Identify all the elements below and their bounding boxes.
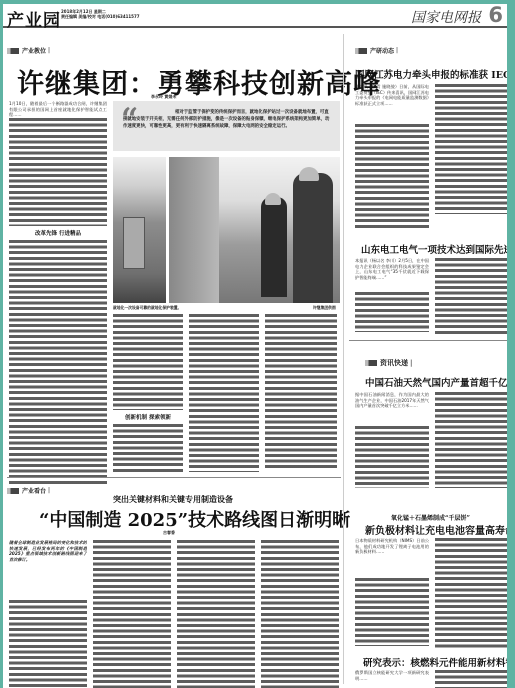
article1-col2 xyxy=(435,84,507,214)
bottom-column-2 xyxy=(93,540,171,688)
photo-caption: 就地化一次设备可靠的就地化保护装置。 xyxy=(113,305,181,311)
section-label-industry: 产业教位| xyxy=(7,46,50,55)
section-block-icon xyxy=(365,360,377,366)
bottom-headline: “中国制造 2025”技术路线图日渐明晰 xyxy=(39,506,350,532)
article-lead: 1月10日，随着最后一个断路器成功合闸，许继集团有限公司承担的国网上首座就地化保… xyxy=(9,101,107,118)
section-label-news: 资讯快递| xyxy=(365,358,412,368)
article-column-2: 创新机制 探索领新 xyxy=(113,314,183,474)
article-column-3 xyxy=(189,314,259,472)
newspaper-brand: 国家电网报 xyxy=(411,7,481,27)
article1-headline: 国网江苏电力牵头申报的标准获 IEC 立项 xyxy=(355,67,507,81)
article4-lead: 日本物质材料研究机构（NIMS）日前公布，他们成功地开发了锂离子电池用的新负极材… xyxy=(355,538,429,578)
kicker: 突出关键材料和关键专用制造设备 xyxy=(113,494,233,505)
section-label-showcase: 产业看台| xyxy=(7,486,50,495)
newspaper-page: 产业园 2018年2月12日 星期二 责任编辑 美编/校对 电话(010)634… xyxy=(3,4,507,688)
photo-engineers-inspecting xyxy=(169,157,340,303)
article3-col1: 据中国石油新闻消息，作为国内最大的油气生产企业，中国石油2017年天然气国内产量… xyxy=(355,392,429,490)
page-number: 6 xyxy=(488,4,503,27)
photo-credit: 许继集团供图 xyxy=(313,305,336,311)
article5-lead: 俄罗斯国立核能研究大学一项新研究表明…… xyxy=(355,670,429,688)
article4-col2 xyxy=(435,538,507,648)
article5-headline: 研究表示：核燃料元件能用新材料替代 xyxy=(363,655,507,669)
photo-protection-device xyxy=(113,157,166,303)
article-column-4 xyxy=(265,314,337,470)
bottom-column-3 xyxy=(177,540,255,688)
subhead-1: 改革先锋 行进精品 xyxy=(9,229,107,237)
section-block-icon xyxy=(355,48,367,54)
article-column-1: 1月10日，随着最后一个断路器成功合闸，许继集团有限公司承担的国网上首座就地化保… xyxy=(9,101,107,484)
pull-quote: “ 相对于监管于保护变的传统保护而言，就地化保护站过一次设备就地布置，可直接就地… xyxy=(113,101,340,151)
subhead-2: 创新机制 探索领新 xyxy=(113,413,183,421)
byline: 李永玲 黄娟未 xyxy=(151,94,176,100)
article5-col1: 俄罗斯国立核能研究大学一项新研究表明…… xyxy=(355,670,429,688)
article3-col2 xyxy=(435,392,507,488)
editor-line: 责任编辑 美编/校对 电话(010)63411577 xyxy=(61,14,140,19)
article4-col1: 日本物质材料研究机构（NIMS）日前公布，他们成功地开发了锂离子电池用的新负极材… xyxy=(355,538,429,648)
bottom-lead: 随着全球制造业发展格局的变化和技术的快速发展，已经发布两年的《中国制造2025》… xyxy=(9,540,87,596)
section-block-icon xyxy=(7,48,19,54)
bottom-byline: 古春香 xyxy=(163,530,175,536)
bottom-column-4 xyxy=(261,540,339,688)
article2-headline: 山东电工电气一项技术达到国际先进水平 xyxy=(361,242,507,256)
article5-col2 xyxy=(435,670,507,688)
article1-col1: 本报讯（曾青 施晓骏）日前，从国际电工委员会（IEC）传来喜讯，国网江苏电力牵头… xyxy=(355,84,429,234)
section-label-research: 产研动态| xyxy=(355,46,398,55)
article2-col2 xyxy=(435,258,507,334)
masthead: 产业园 2018年2月12日 星期二 责任编辑 美编/校对 电话(010)634… xyxy=(3,4,507,28)
article2-col1: 本报讯（杨以名 李川）2月5日，在中国电力企业联合会组织的科技成果鉴定会上，山东… xyxy=(355,258,429,334)
article2-lead: 本报讯（杨以名 李川）2月5日，在中国电力企业联合会组织的科技成果鉴定会上，山东… xyxy=(355,258,429,292)
section-title: 产业园 xyxy=(7,6,61,31)
article1-lead: 本报讯（曾青 施晓骏）日前，从国际电工委员会（IEC）传来喜讯，国网江苏电力牵头… xyxy=(355,84,429,124)
quote-text: 相对于监管于保护变的传统保护而言，就地化保护站过一次设备就地布置，可直接就地安装… xyxy=(123,109,333,131)
masthead-meta: 2018年2月12日 星期二 责任编辑 美编/校对 电话(010)6341157… xyxy=(61,9,140,19)
article3-lead: 据中国石油新闻消息，作为国内最大的油气生产企业，中国石油2017年天然气国内产量… xyxy=(355,392,429,426)
article3-headline: 中国石油天然气国内产量首超千亿方 xyxy=(365,375,507,389)
bottom-column-1: 随着全球制造业发展格局的变化和技术的快速发展，已经发布两年的《中国制造2025》… xyxy=(9,540,87,688)
main-headline: 许继集团：勇攀科技创新高峰 xyxy=(17,62,381,101)
article4-kicker: 氧化锰＋石墨烯制成“千层饼” xyxy=(391,513,470,522)
section-block-icon xyxy=(7,488,19,494)
article4-headline: 新负极材料让充电电池容量高寿命长 xyxy=(365,522,507,537)
